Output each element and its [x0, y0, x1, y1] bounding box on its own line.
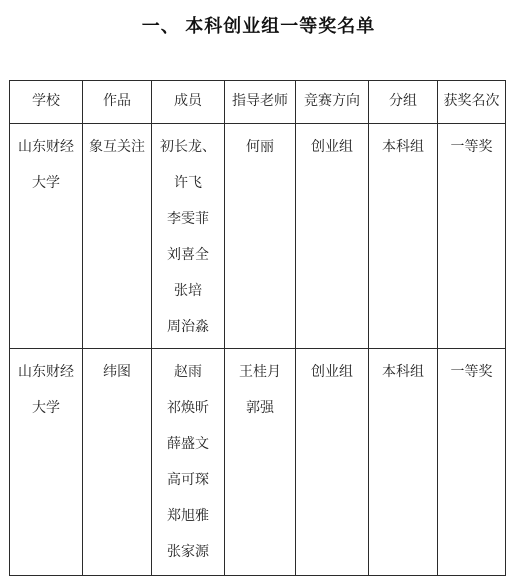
header-cell-direction: 竞赛方向	[296, 81, 369, 124]
cell-work: 象互关注	[83, 124, 152, 349]
table-row: 山东财经 大学 纬图 赵雨 祁焕昕 薛盛文 高可琛 郑旭雅 张家源 王桂月 郭强…	[10, 349, 506, 576]
header-cell-advisor: 指导老师	[225, 81, 296, 124]
document-page: 一、 本科创业组一等奖名单 学校 作品 成员 指导老师 竞赛方向 分组 获奖名次…	[0, 0, 517, 583]
section-title: 一、 本科创业组一等奖名单	[0, 12, 517, 38]
cell-direction: 创业组	[296, 349, 369, 576]
table-header-row: 学校 作品 成员 指导老师 竞赛方向 分组 获奖名次	[10, 81, 506, 124]
cell-school: 山东财经 大学	[10, 349, 83, 576]
cell-members: 赵雨 祁焕昕 薛盛文 高可琛 郑旭雅 张家源	[152, 349, 225, 576]
cell-members: 初长龙、 许飞 李雯菲 刘喜全 张培 周治淼	[152, 124, 225, 349]
cell-award: 一等奖	[438, 349, 506, 576]
header-cell-award: 获奖名次	[438, 81, 506, 124]
table-row: 山东财经 大学 象互关注 初长龙、 许飞 李雯菲 刘喜全 张培 周治淼 何丽 创…	[10, 124, 506, 349]
header-cell-group: 分组	[369, 81, 438, 124]
header-cell-members: 成员	[152, 81, 225, 124]
header-cell-work: 作品	[83, 81, 152, 124]
cell-work: 纬图	[83, 349, 152, 576]
cell-advisor: 王桂月 郭强	[225, 349, 296, 576]
cell-award: 一等奖	[438, 124, 506, 349]
cell-group: 本科组	[369, 349, 438, 576]
header-cell-school: 学校	[10, 81, 83, 124]
cell-school: 山东财经 大学	[10, 124, 83, 349]
cell-direction: 创业组	[296, 124, 369, 349]
cell-advisor: 何丽	[225, 124, 296, 349]
award-table: 学校 作品 成员 指导老师 竞赛方向 分组 获奖名次 山东财经 大学 象互关注 …	[9, 80, 506, 576]
cell-group: 本科组	[369, 124, 438, 349]
